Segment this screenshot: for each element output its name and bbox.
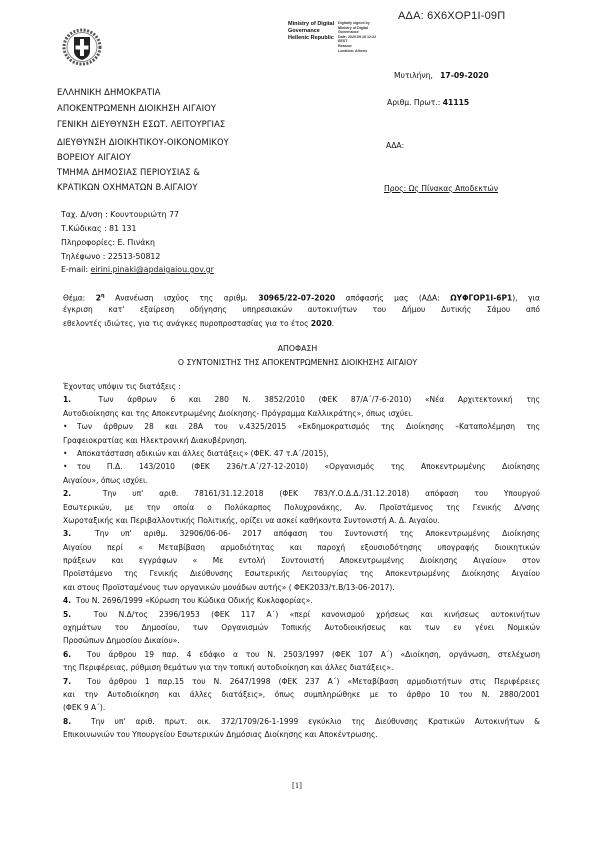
list-item-line: οχημάτων του Δημοσίου, των Οργανισμών Το…: [63, 621, 540, 634]
item-text: Την υπ' αριθ. πρωτ. οικ. 372/1709/26-1-1…: [91, 717, 540, 726]
list-item-line: Εσωτερικών, με την οποία ο Πολύκαρπος Πο…: [63, 501, 540, 514]
protocol-value: 41115: [443, 98, 469, 107]
issuer-line: ΑΠΟΚΕΝΤΡΩΜΕΝΗ ΔΙΟΙΚΗΣΗ ΑΙΓΑΙΟΥ: [57, 103, 216, 113]
contact-email: E-mail: eirini.pinaki@apdaigaiou.gov.gr: [61, 265, 214, 274]
subject-text: ), για: [512, 294, 540, 303]
list-item-line: και την Αυτοδιοίκηση και άλλες διατάξεις…: [63, 688, 540, 701]
decision-title: ΑΠΟΦΑΣΗ: [0, 344, 595, 353]
contact-postal-code: Τ.Κώδικας : 81 131: [61, 224, 136, 233]
issuer-line: ΕΛΛΗΝΙΚΗ ΔΗΜΟΚΡΑΤΙΑ: [57, 87, 161, 97]
subject-text: εθελοντές ιδιώτες, για τις ανάγκες πυροπ…: [63, 319, 311, 328]
place-date: Μυτιλήνη, 17-09-2020: [394, 71, 489, 80]
list-item-line: πράξεων και εγγράφων « Με εντολή Συντονι…: [63, 554, 540, 567]
list-item-line: •Των άρθρων 28 και 28Α του ν.4325/2015 «…: [63, 420, 540, 433]
item-text: Την υπ' αριθμ. 32906/06-06- 2017 απόφαση…: [95, 529, 540, 538]
list-item-line: Αιγαίου περί « Μεταβίβαση αρμοδιότητας κ…: [63, 541, 540, 554]
subject-label: Θέμα:: [63, 294, 96, 303]
decision-reference: 30965/22-07-2020: [258, 294, 335, 303]
email-label: E-mail:: [61, 265, 91, 274]
item-marker: 8.: [63, 717, 71, 726]
bullet-icon: •: [63, 420, 77, 433]
issuer-line: ΓΕΝΙΚΗ ΔΙΕΥΘΥΝΣΗ ΕΣΩΤ. ΛΕΙΤΟΥΡΓΙΑΣ: [57, 119, 225, 129]
decision-subtitle: Ο ΣΥΝΤΟΝΙΣΤΗΣ ΤΗΣ ΑΠΟΚΕΝΤΡΩΜΕΝΗΣ ΔΙΟΙΚΗΣ…: [0, 358, 595, 367]
item-marker: 7.: [63, 677, 71, 686]
contact-phone: Τηλέφωνο : 22513-50812: [61, 252, 160, 261]
body-text: Έχοντας υπόψιν τις διατάξεις : 1. Των άρ…: [63, 380, 540, 742]
item-marker: 6.: [63, 650, 71, 659]
list-item-line: Χωροταξικής και Περιβαλλοντικής Πολιτική…: [63, 514, 540, 527]
list-item-line: Αιγαίου», όπως ισχύει.: [63, 474, 540, 487]
email-link[interactable]: eirini.pinaki@apdaigaiou.gov.gr: [91, 265, 214, 274]
ada-code-stamp: ΑΔΑ: 6Χ6ΧΟΡ1Ι-09Π: [398, 10, 505, 22]
list-item-line: 2. Την υπ' αριθ. 78161/31.12.2018 (ΦΕΚ 7…: [63, 487, 540, 500]
list-item-line: 1. Των άρθρων 6 και 280 Ν. 3852/2010 (ΦΕ…: [63, 393, 540, 406]
subject-line: έγκριση κατ' εξαίρεση οδήγησης υπηρεσιακ…: [63, 303, 540, 316]
protocol-number: Αριθμ. Πρωτ.: 41115: [387, 98, 469, 107]
list-item-line: 3. Την υπ' αριθμ. 32906/06-06- 2017 απόφ…: [63, 527, 540, 540]
subject-text: Ανανέωση ισχύος της αριθμ.: [105, 294, 259, 303]
decision-ada: ΩΥΦΓΟΡ1Ι-6Ρ1: [450, 294, 512, 303]
contact-address: Ταχ. Δ/νση : Κουντουριώτη 77: [61, 210, 179, 219]
list-item-line: Επικοινωνιών του Υπουργείου Εσωτερικών Δ…: [63, 728, 540, 741]
bullet-icon: •: [63, 447, 77, 460]
item-marker: 5.: [63, 610, 71, 619]
signer-line: Governance: [288, 28, 334, 35]
list-item-line: 4. Του Ν. 2696/1999 «Κύρωση του Κώδικα Ο…: [63, 594, 540, 607]
list-item-line: 8. Την υπ' αριθ. πρωτ. οικ. 372/1709/26-…: [63, 715, 540, 728]
list-item-line: •Αποκατάσταση αδικιών και άλλες διατάξει…: [63, 447, 540, 460]
issuer-line: ΤΜΗΜΑ ΔΗΜΟΣΙΑΣ ΠΕΡΙΟΥΣΙΑΣ &: [57, 167, 200, 177]
item-text: Του Ν. 2696/1999 «Κύρωση του Κώδικα Οδικ…: [76, 596, 313, 605]
list-item-line: Γραφειοκρατίας και Ηλεκτρονική Διακυβέρν…: [63, 434, 540, 447]
bullet-icon: •: [63, 460, 77, 473]
list-item-line: και στους Προϊσταμένους των οργανικών μο…: [63, 581, 540, 594]
issuer-line: ΚΡΑΤΙΚΩΝ ΟΧΗΜΑΤΩΝ Β.ΑΙΓΑΙΟΥ: [57, 182, 198, 192]
item-text: Την υπ' αριθ. 78161/31.12.2018 (ΦΕΚ 783/…: [103, 489, 540, 498]
list-item-line: (ΦΕΚ 9 Α΄).: [63, 701, 540, 714]
item-text: του Π.Δ. 143/2010 (ΦΕΚ 236/τ.Α΄/27-12-20…: [77, 462, 540, 471]
issuer-line: ΔΙΕΥΘΥΝΣΗ ΔΙΟΙΚΗΤΙΚΟΥ-ΟΙΚΟΝΟΜΙΚΟΥ: [57, 137, 229, 147]
item-text: Του Ν.Δ/τος 2396/1953 (ΦΕΚ 117 Α΄) «περί…: [94, 610, 540, 619]
item-marker: 3.: [63, 529, 71, 538]
list-item-line: Αυτοδιοίκησης και της Αποκεντρωμένης Διο…: [63, 407, 540, 420]
item-marker: 4.: [63, 596, 71, 605]
issuer-line: ΒΟΡΕΙΟΥ ΑΙΓΑΙΟΥ: [57, 152, 131, 162]
place-label: Μυτιλήνη,: [394, 71, 433, 80]
greek-emblem-icon: [61, 27, 103, 67]
list-item-line: •του Π.Δ. 143/2010 (ΦΕΚ 236/τ.Α΄/27-12-2…: [63, 460, 540, 473]
subject-line: Θέμα: 2η Ανανέωση ισχύος της αριθμ. 3096…: [63, 290, 540, 303]
item-marker: 2.: [63, 489, 71, 498]
signature-details: Digitally signed by Ministry of Digital …: [338, 21, 376, 53]
item-text: Του άρθρου 19 παρ. 4 εδάφιο α του Ν. 250…: [87, 650, 540, 659]
list-item-line: 6. Του άρθρου 19 παρ. 4 εδάφιο α του Ν. …: [63, 648, 540, 661]
signer-line: Ministry of Digital: [288, 21, 334, 28]
list-item-line: 7. Του άρθρου 1 παρ.15 του Ν. 2647/1998 …: [63, 675, 540, 688]
item-text: Των άρθρων 28 και 28Α του ν.4325/2015 «Ε…: [77, 422, 540, 431]
recipient-line: Προς: Ως Πίνακας Αποδεκτών: [384, 184, 498, 193]
list-item-line: 5. Του Ν.Δ/τος 2396/1953 (ΦΕΚ 117 Α΄) «π…: [63, 608, 540, 621]
intro-line: Έχοντας υπόψιν τις διατάξεις :: [63, 380, 540, 393]
subject-text: .: [332, 319, 334, 328]
contact-info: Πληροφορίες: Ε. Πινάκη: [61, 238, 155, 247]
subject-text: απόφασής μας (ΑΔΑ:: [335, 294, 450, 303]
page-number: [1]: [292, 780, 302, 790]
list-item-line: Προϊστάμενο της Γενικής Διεύθυνσης Εσωτε…: [63, 567, 540, 580]
protocol-label: Αριθμ. Πρωτ.:: [387, 98, 440, 107]
list-item-line: της Περιφέρειας, ρύθμιση θεμάτων για την…: [63, 661, 540, 674]
ada-field: ΑΔΑ:: [386, 141, 404, 150]
sig-detail: Location: Athens: [338, 49, 376, 54]
item-text: Των άρθρων 6 και 280 Ν. 3852/2010 (ΦΕΚ 8…: [98, 395, 540, 404]
digital-signer: Ministry of Digital Governance Hellenic …: [288, 21, 334, 42]
item-text: Του άρθρου 1 παρ.15 του Ν. 2647/1998 (ΦΕ…: [87, 677, 540, 686]
list-item-line: Προσώπων Δημοσίου Δικαίου».: [63, 634, 540, 647]
subject-paragraph: Θέμα: 2η Ανανέωση ισχύος της αριθμ. 3096…: [63, 290, 540, 330]
subject-line: εθελοντές ιδιώτες, για τις ανάγκες πυροπ…: [63, 317, 540, 330]
subject-year: 2020: [311, 319, 332, 328]
item-marker: 1.: [63, 395, 71, 404]
document-date: 17-09-2020: [440, 71, 489, 80]
item-text: Αποκατάσταση αδικιών και άλλες διατάξεις…: [77, 449, 329, 458]
signer-line: Hellenic Republic: [288, 35, 334, 42]
